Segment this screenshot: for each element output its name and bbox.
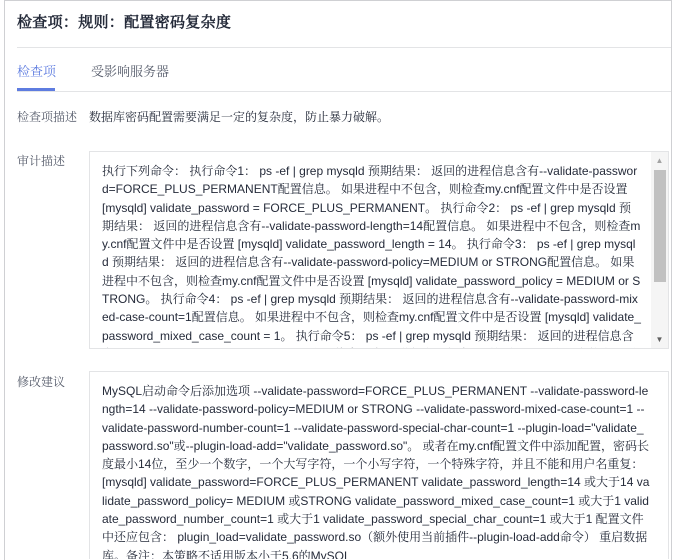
suggestion-value: MySQL启动命令后添加选项 --validate-password=FORCE… bbox=[90, 372, 668, 559]
audit-scrollbar[interactable]: ▲ ▼ bbox=[651, 152, 668, 348]
tab-divider bbox=[17, 91, 671, 92]
audit-value: 执行下列命令： 执行命令1： ps -ef | grep mysqld 预期结果… bbox=[90, 152, 668, 349]
scroll-down-arrow-icon[interactable]: ▼ bbox=[651, 331, 668, 348]
description-label: 检查项描述 bbox=[17, 108, 77, 125]
scroll-up-arrow-icon[interactable]: ▲ bbox=[651, 152, 668, 169]
tab-check-item[interactable]: 检查项 bbox=[17, 61, 56, 80]
audit-textarea[interactable]: 执行下列命令： 执行命令1： ps -ef | grep mysqld 预期结果… bbox=[89, 151, 669, 349]
scrollbar-thumb[interactable] bbox=[654, 170, 666, 282]
header-divider bbox=[17, 47, 671, 48]
audit-label: 审计描述 bbox=[17, 152, 65, 169]
description-value: 数据库密码配置需要满足一定的复杂度，防止暴力破解。 bbox=[89, 108, 389, 125]
check-item-detail-panel: 检查项：规则：配置密码复杂度 检查项 受影响服务器 检查项描述 数据库密码配置需… bbox=[4, 0, 672, 560]
tab-bar: 检查项 受影响服务器 bbox=[17, 61, 671, 91]
suggestion-textarea[interactable]: MySQL启动命令后添加选项 --validate-password=FORCE… bbox=[89, 371, 669, 559]
page-title: 检查项：规则：配置密码复杂度 bbox=[17, 11, 231, 32]
suggestion-label: 修改建议 bbox=[17, 373, 65, 390]
tab-affected-servers[interactable]: 受影响服务器 bbox=[91, 61, 169, 80]
